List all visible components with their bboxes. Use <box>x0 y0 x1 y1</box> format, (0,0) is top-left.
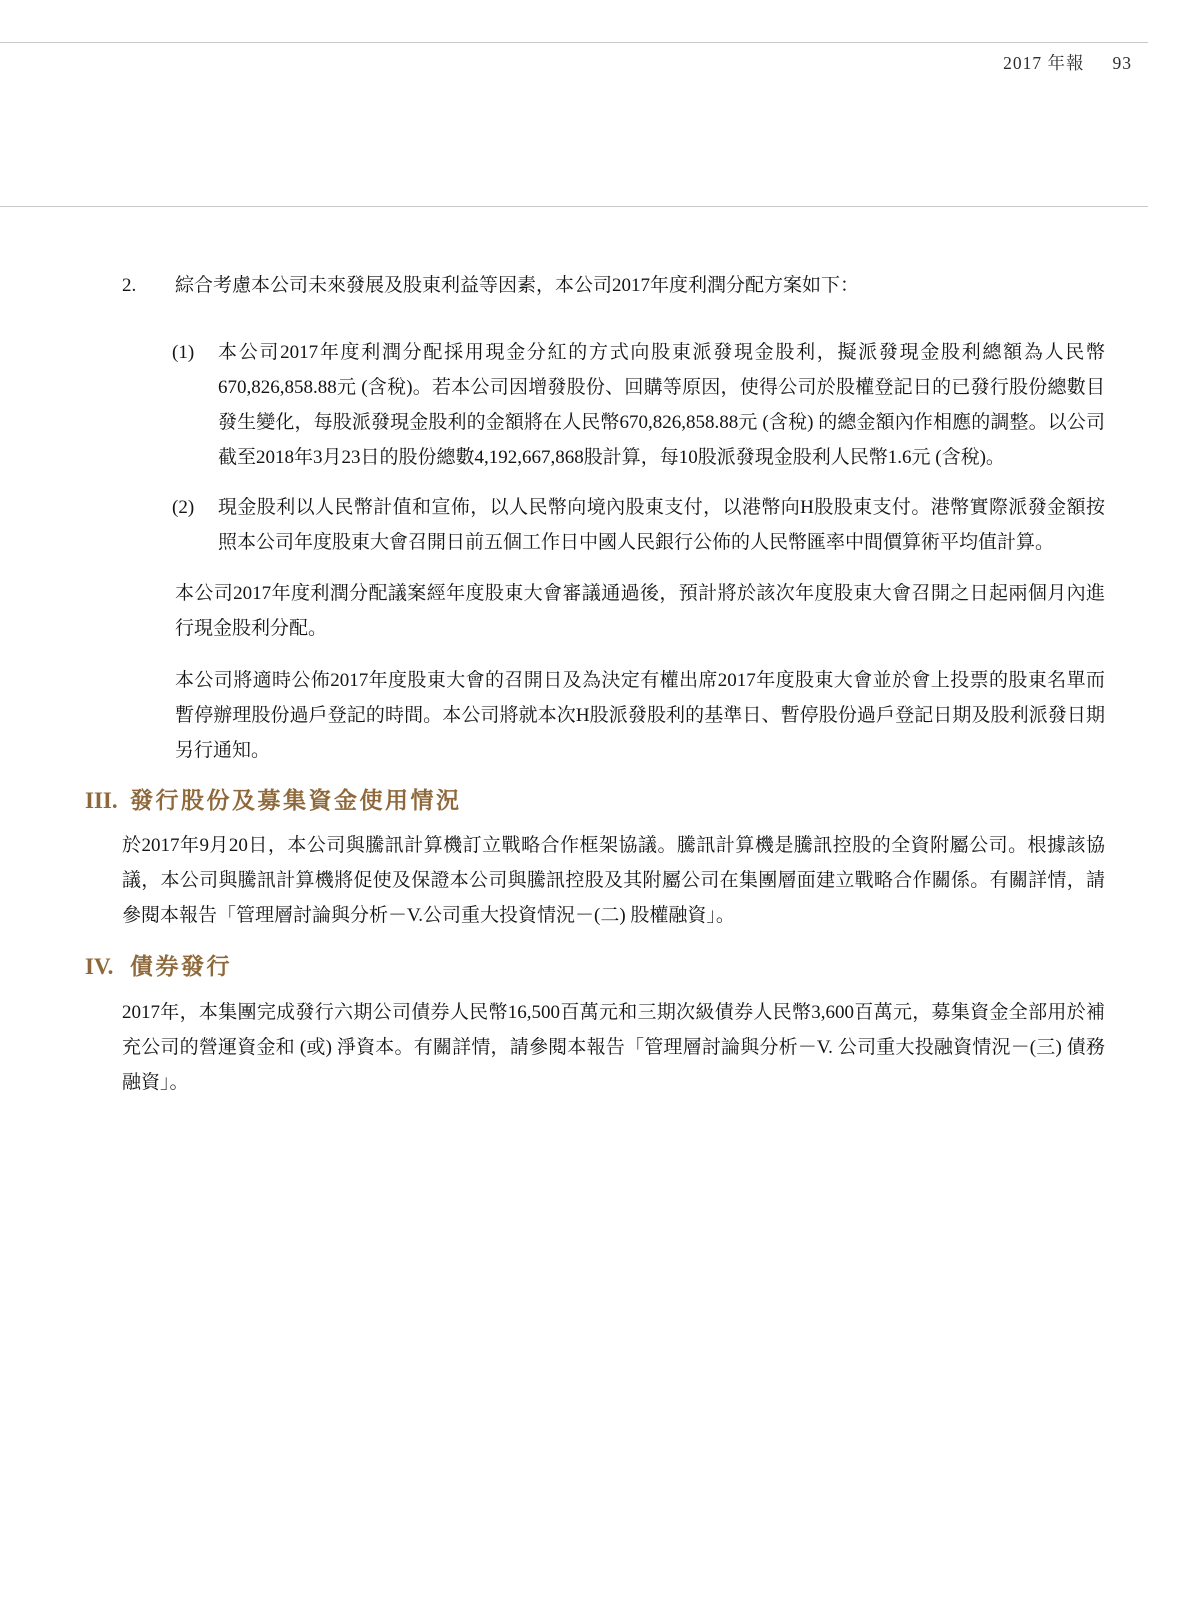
annual-report-page: 2017 年報 93 2. 綜合考慮本公司未來發展及股東利益等因素，本公司201… <box>0 0 1190 1615</box>
header-rule-bottom <box>0 206 1148 207</box>
report-title: 2017 年報 <box>1003 50 1084 75</box>
page-header: 2017 年報 93 <box>0 50 1132 75</box>
sub-item-1: (1) 本公司2017年度利潤分配採用現金分紅的方式向股東派發現金股利，擬派發現… <box>172 335 1105 475</box>
sub-item-1-number: (1) <box>172 335 218 370</box>
section-iv-number: IV. <box>85 951 130 982</box>
header-rule-top <box>0 42 1148 43</box>
sub-item-2: (2) 現金股利以人民幣計值和宣佈，以人民幣向境內股東支付，以港幣向H股股東支付… <box>172 490 1105 560</box>
section-iv-title: 債券發行 <box>130 951 232 982</box>
dividend-timing-paragraph: 本公司2017年度利潤分配議案經年度股東大會審議通過後，預計將於該次年度股東大會… <box>175 576 1105 646</box>
list-item-2-text: 綜合考慮本公司未來發展及股東利益等因素，本公司2017年度利潤分配方案如下： <box>175 268 859 303</box>
section-iii-paragraph: 於2017年9月20日，本公司與騰訊計算機訂立戰略合作框架協議。騰訊計算機是騰訊… <box>122 828 1105 933</box>
record-date-notice-paragraph: 本公司將適時公佈2017年度股東大會的召開日及為決定有權出席2017年度股東大會… <box>175 663 1105 768</box>
sub-item-1-text: 本公司2017年度利潤分配採用現金分紅的方式向股東派發現金股利，擬派發現金股利總… <box>218 335 1105 475</box>
section-iii-number: III. <box>85 785 130 816</box>
sub-item-2-number: (2) <box>172 490 218 525</box>
list-item-2: 2. 綜合考慮本公司未來發展及股東利益等因素，本公司2017年度利潤分配方案如下… <box>122 268 1105 303</box>
page-number: 93 <box>1113 53 1133 74</box>
section-iv-paragraph: 2017年，本集團完成發行六期公司債券人民幣16,500百萬元和三期次級債券人民… <box>122 995 1105 1100</box>
page-content: 2. 綜合考慮本公司未來發展及股東利益等因素，本公司2017年度利潤分配方案如下… <box>122 268 1105 1100</box>
section-iii-title: 發行股份及募集資金使用情況 <box>130 785 462 816</box>
sub-item-2-text: 現金股利以人民幣計值和宣佈，以人民幣向境內股東支付，以港幣向H股股東支付。港幣實… <box>218 490 1105 560</box>
section-heading-iii: III. 發行股份及募集資金使用情況 <box>85 785 1105 816</box>
section-heading-iv: IV. 債券發行 <box>85 951 1105 982</box>
list-item-2-number: 2. <box>122 268 175 303</box>
